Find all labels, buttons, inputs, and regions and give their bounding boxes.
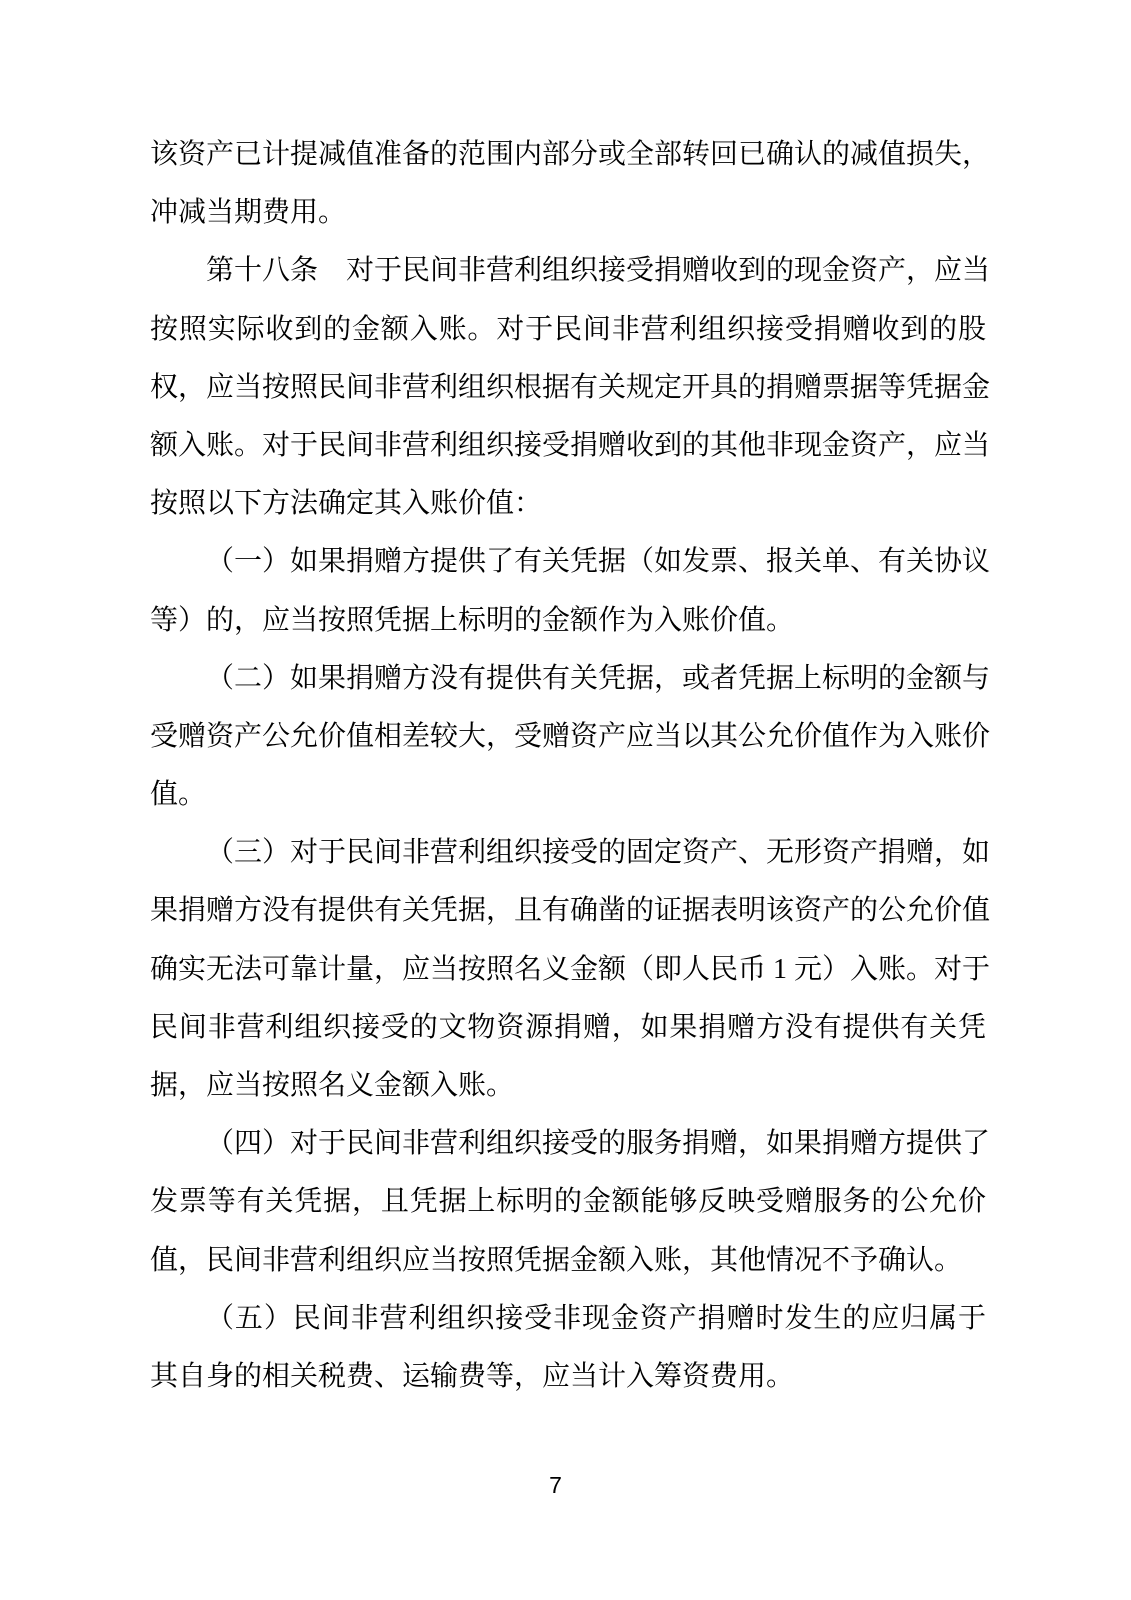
text-line: 该资产已计提减值准备的范围内部分或全部转回已确认的减值损失， (150, 126, 986, 184)
text-line: 其自身的相关税费、运输费等，应当计入筹资费用。 (150, 1348, 986, 1406)
text-line: 等）的，应当按照凭据上标明的金额作为入账价值。 (150, 592, 986, 650)
text-line: 果捐赠方没有提供有关凭据，且有确凿的证据表明该资产的公允价值 (150, 882, 986, 940)
text-line: 冲减当期费用。 (150, 184, 986, 242)
text-line: （三）对于民间非营利组织接受的固定资产、无形资产捐赠，如 (150, 824, 986, 882)
text-line: 民间非营利组织接受的文物资源捐赠，如果捐赠方没有提供有关凭 (150, 999, 986, 1057)
text-line: 权，应当按照民间非营利组织根据有关规定开具的捐赠票据等凭据金 (150, 359, 986, 417)
page-number: 7 (0, 1470, 1111, 1500)
text-line: 确实无法可靠计量，应当按照名义金额（即人民币 1 元）入账。对于 (150, 941, 986, 999)
text-line: 受赠资产公允价值相差较大，受赠资产应当以其公允价值作为入账价 (150, 708, 986, 766)
text-line: （四）对于民间非营利组织接受的服务捐赠，如果捐赠方提供了 (150, 1115, 986, 1173)
text-line: （五）民间非营利组织接受非现金资产捐赠时发生的应归属于 (150, 1290, 986, 1348)
text-line: （一）如果捐赠方提供了有关凭据（如发票、报关单、有关协议 (150, 533, 986, 591)
text-line: （二）如果捐赠方没有提供有关凭据，或者凭据上标明的金额与 (150, 650, 986, 708)
document-page: 该资产已计提减值准备的范围内部分或全部转回已确认的减值损失，冲减当期费用。第十八… (0, 0, 1131, 1600)
text-line: 据，应当按照名义金额入账。 (150, 1057, 986, 1115)
text-line: 值，民间非营利组织应当按照凭据金额入账，其他情况不予确认。 (150, 1232, 986, 1290)
text-line: 值。 (150, 766, 986, 824)
text-line: 发票等有关凭据，且凭据上标明的金额能够反映受赠服务的公允价 (150, 1173, 986, 1231)
text-line: 按照以下方法确定其入账价值： (150, 475, 986, 533)
text-line: 额入账。对于民间非营利组织接受捐赠收到的其他非现金资产，应当 (150, 417, 986, 475)
document-body: 该资产已计提减值准备的范围内部分或全部转回已确认的减值损失，冲减当期费用。第十八… (150, 126, 986, 1406)
text-line: 第十八条 对于民间非营利组织接受捐赠收到的现金资产，应当 (150, 242, 986, 300)
text-line: 按照实际收到的金额入账。对于民间非营利组织接受捐赠收到的股 (150, 301, 986, 359)
